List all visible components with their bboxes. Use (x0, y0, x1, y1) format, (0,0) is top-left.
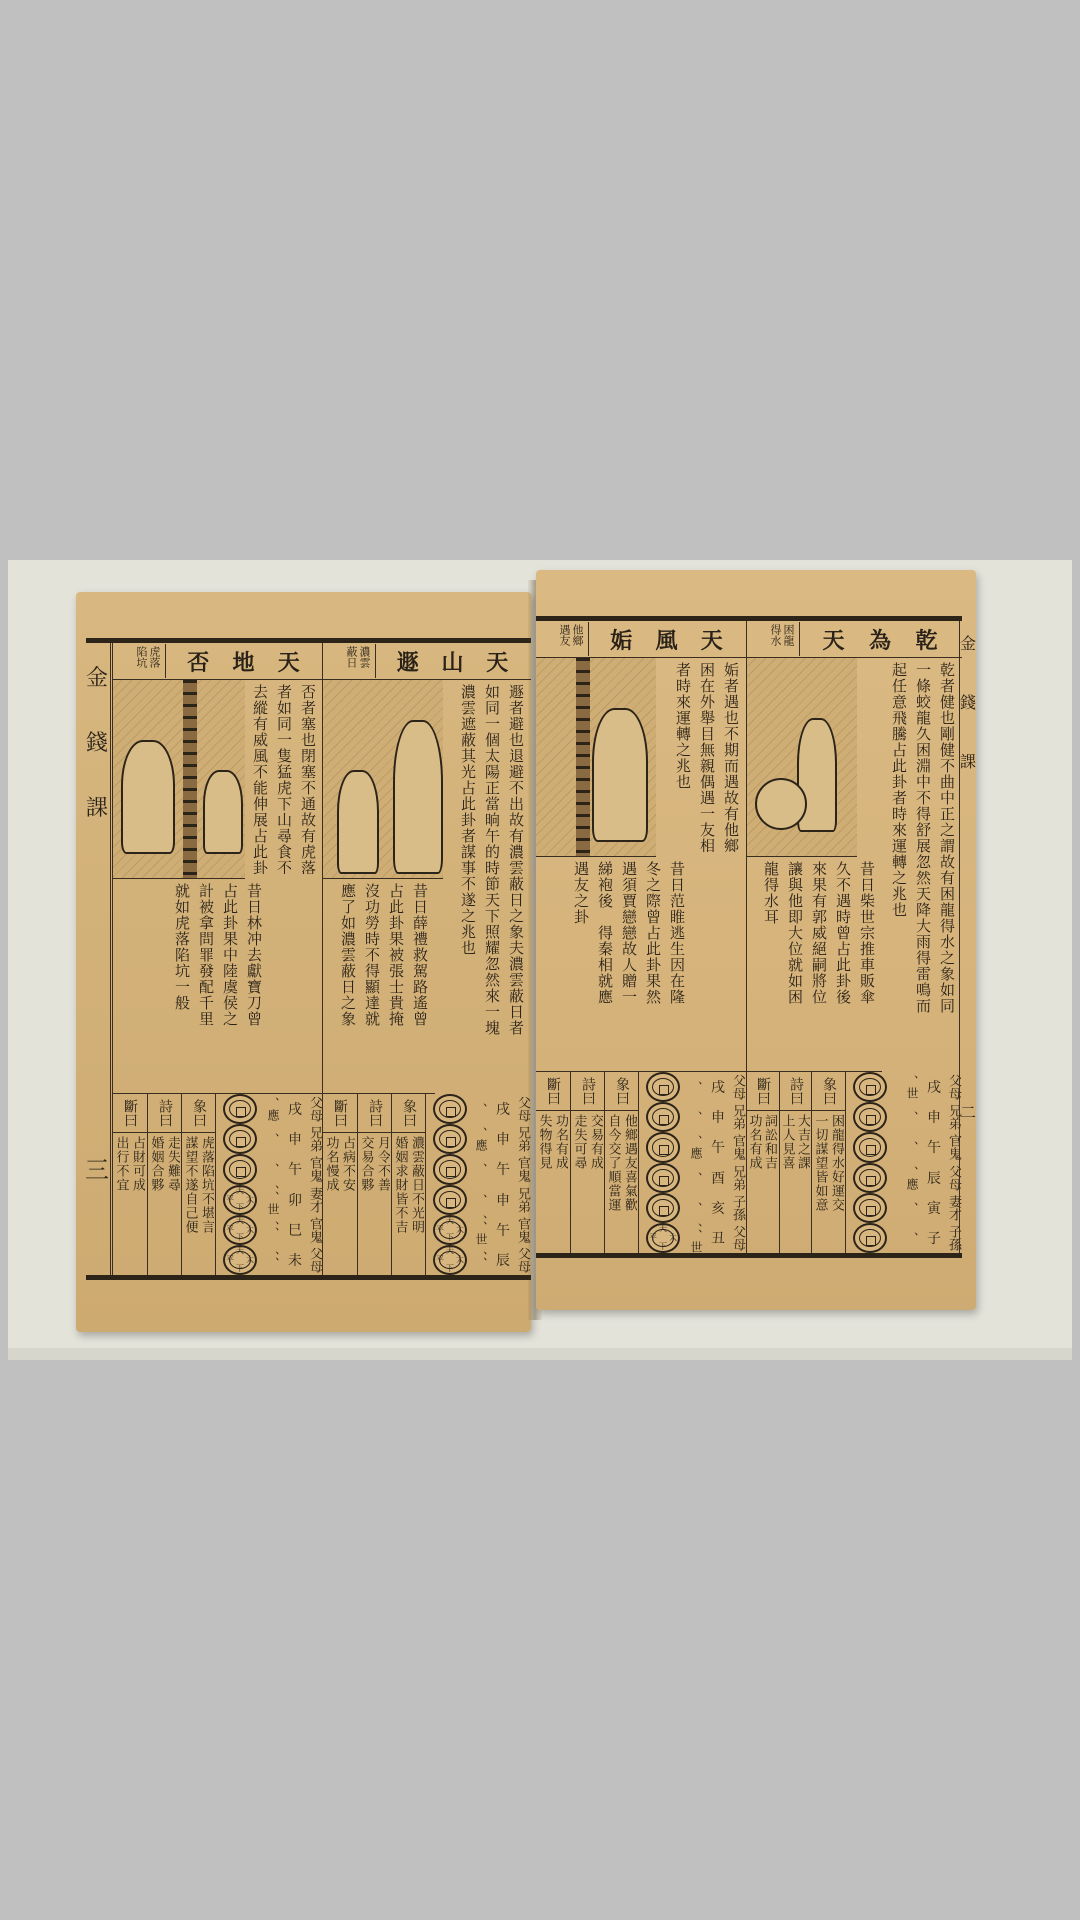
poem-label: 詩曰 (148, 1094, 182, 1133)
line-mark: 、 (265, 1163, 282, 1175)
relation: 父母 (731, 1225, 744, 1251)
branch: 午 (711, 1137, 725, 1157)
branch: 午 (496, 1220, 510, 1240)
coin-icon (646, 1102, 680, 1132)
poem-cell: 詩曰 走失難尋 婚姻合夥 (147, 1094, 182, 1275)
branch: 午 (927, 1137, 941, 1157)
text-column: 交易合夥 (360, 1136, 374, 1271)
line-row: 妻才寅、 (892, 1193, 960, 1223)
text-column: 大吉之課 (798, 1114, 811, 1249)
panel-subtitle: 困龍得水 (747, 622, 800, 656)
book-title-margin-right: 金 錢 課 二 (959, 621, 976, 1253)
line-row: 官鬼午、、世 (472, 1215, 529, 1245)
margin-char: 錢 (86, 726, 108, 757)
line-mark: 、應 (473, 1127, 490, 1151)
poem-cell: 詩曰 月令不善 交易合夥 (357, 1094, 392, 1275)
title-char: 地 (233, 646, 257, 677)
margin-char: 金 (86, 661, 108, 692)
figure-official (121, 740, 175, 854)
image-body: 虎落陷坑不堪言 謀望不遂自己便 (184, 1136, 214, 1271)
branch: 申 (496, 1190, 510, 1210)
line-row: 兄弟申、 (892, 1102, 960, 1132)
text-column: 月令不善 (377, 1136, 391, 1271)
woodcut-illustration (747, 658, 857, 857)
line-mark: 、、 (473, 1251, 490, 1269)
text-column: 否者塞也閉塞不通故有虎落陷坑之象夫虎落陷坑中 (299, 684, 317, 874)
text-column: 者時來運轉之兆也 (674, 662, 692, 852)
relation: 父母 (308, 1096, 321, 1122)
story-section: 昔日薛禮救駕路遙曾 占此卦果被張士貴掩 沒功勞時不得顯達就 應了如濃雲蔽日之象 (323, 879, 435, 1094)
poem-body: 大吉之課 上人見喜 (782, 1114, 810, 1249)
margin-char: 課 (960, 749, 976, 772)
line-row: 父母未、、 (262, 1245, 321, 1275)
image-body: 濃雲蔽日不光明 婚姻求財皆不吉 (394, 1136, 424, 1271)
branch: 巳 (288, 1220, 302, 1240)
inscribed-coin-icon: 天太下平 (223, 1215, 257, 1245)
panel-title-bar: 虎落陷坑 天 地 否 (113, 643, 323, 680)
text-column: 自今交了順當運 (607, 1114, 621, 1249)
panel-title: 天 風 姤 (589, 624, 746, 655)
poem-label: 詩曰 (571, 1072, 605, 1111)
line-mark: 、 (473, 1103, 490, 1115)
story-section: 昔日林冲去獻寶刀曾 占此卦果中陸虞侯之 計被拿問罪發配千里 就如虎落陷坑一般 (113, 879, 323, 1094)
woodcut-illustration (113, 680, 245, 879)
branch: 申 (711, 1107, 725, 1127)
coin-icon (433, 1154, 467, 1184)
text-column: 久不遇時曾占此卦後 (834, 861, 852, 1067)
divination-table: 斷曰 占財可成 出行不宜 詩曰 走失難尋 婚姻合夥 (113, 1094, 323, 1275)
coin-icon (853, 1072, 887, 1102)
text-column: 一切謀望皆如意 (814, 1114, 828, 1249)
branch: 未 (288, 1250, 302, 1270)
coin-icon (853, 1223, 887, 1253)
judgement-body: 功名有成 失物得見 (538, 1114, 568, 1249)
relation: 子孫 (731, 1195, 744, 1221)
poem-label: 詩曰 (780, 1072, 812, 1111)
coin-icon (433, 1185, 467, 1215)
inscribed-coin-icon: 天太下平 (433, 1245, 467, 1275)
relation: 官鬼 (308, 1217, 321, 1243)
line-labels: 父母戌、 兄弟申、應 官鬼午、 兄弟申、 官鬼午、、世 父母辰、、 (472, 1094, 529, 1275)
coin-icon (433, 1124, 467, 1154)
text-column: 走失難尋 (167, 1136, 181, 1271)
text-column: 應了如濃雲蔽日之象 (339, 883, 357, 1089)
image-label: 象曰 (392, 1094, 426, 1133)
title-char: 天 (278, 646, 302, 677)
text-column: 上人見喜 (782, 1114, 795, 1249)
panel-title: 乾 為 天 (800, 624, 962, 655)
text-column: 占此卦果中陸虞侯之 (221, 883, 239, 1089)
line-mark: 、 (904, 1141, 921, 1153)
right-page-frame: 他鄉遇友 天 風 姤 姤者遇也不期而遇故有他鄉遇友之象乃是一行人久 困在外舉 (536, 616, 962, 1258)
text-column: 走失可尋 (573, 1114, 587, 1249)
line-mark: 、應 (904, 1166, 921, 1190)
relation: 兄弟 (731, 1165, 744, 1191)
text-column: 詞訟和吉 (765, 1114, 778, 1249)
title-char: 遯 (397, 646, 421, 677)
line-row: 官鬼午、 (892, 1132, 960, 1162)
cart-wheel (755, 778, 807, 830)
text-column: 昔日柴世宗推車販傘 (858, 861, 876, 1067)
hexagram-panel-dun: 濃雲蔽日 天 山 遯 遯者避也退避不出故有濃雲蔽日之象夫濃雲蔽日者 如同一個 (322, 643, 531, 1275)
branch: 戌 (711, 1077, 725, 1097)
story-text: 昔日范睢逃生因在隆 冬之際曾占此卦果然 遇須賈戀戀故人贈一 綈袍後 得秦相就應 … (536, 857, 746, 1071)
text-column: 功名慢成 (325, 1136, 339, 1271)
coin-icon (646, 1072, 680, 1102)
panel-title-bar: 困龍得水 乾 為 天 (747, 621, 962, 658)
inscribed-coin-icon: 天太下平 (223, 1245, 257, 1275)
line-row: 父母戌、應 (262, 1094, 321, 1124)
text-column: 出行不宜 (115, 1136, 129, 1271)
text-column: 濃雲蔽日不光明 (411, 1136, 425, 1271)
poem-cell: 詩曰 交易有成 走失可尋 (570, 1072, 605, 1253)
coin-icon (646, 1132, 680, 1162)
judgement-label: 斷曰 (113, 1094, 147, 1133)
coin-column: 天太下平 (643, 1072, 683, 1253)
line-mark: 、 (688, 1172, 705, 1184)
relation: 兄弟 (308, 1126, 321, 1152)
figure-general (393, 720, 443, 874)
judgement-body: 占病不安 功名慢成 (325, 1136, 355, 1271)
relation: 官鬼 (308, 1156, 321, 1182)
coin-char: 天太下平 (225, 1247, 255, 1273)
branch: 午 (496, 1159, 510, 1179)
line-mark: 、、世 (688, 1223, 705, 1253)
book-title-margin: 金 錢 課 三 (84, 643, 111, 1275)
coin-char: 天太下平 (225, 1217, 255, 1243)
line-row: 官鬼巳、、 (262, 1215, 321, 1245)
margin-char: 錢 (960, 690, 976, 713)
text-column: 如同一個太陽正當晌午的時節天下照耀忽然來一塊 (483, 684, 501, 1086)
coin-char: 天太下平 (648, 1225, 678, 1251)
text-column: 困在外舉目無親偶遇一友相親相愛甚是得意占此卦 (698, 662, 716, 852)
relation: 父母 (731, 1074, 744, 1100)
text-column: 婚姻合夥 (150, 1136, 164, 1271)
right-page: 他鄉遇友 天 風 姤 姤者遇也不期而遇故有他鄉遇友之象乃是一行人久 困在外舉 (536, 570, 976, 1310)
relation: 官鬼 (731, 1134, 744, 1160)
line-mark: 、 (688, 1202, 705, 1214)
figure-servant (203, 770, 243, 854)
line-mark: 、、 (265, 1251, 282, 1269)
relation: 兄弟 (731, 1104, 744, 1130)
line-row: 兄弟申、 (472, 1185, 529, 1215)
page-number: 三 (85, 1150, 109, 1185)
panel-subtitle: 他鄉遇友 (536, 622, 589, 656)
divination-table: 斷曰 功名有成 失物得見 詩曰 交易有成 走失可尋 (536, 1072, 746, 1253)
poem-cell: 詩曰 大吉之課 上人見喜 (779, 1072, 812, 1253)
image-label: 象曰 (812, 1072, 846, 1111)
text-column: 遯者避也退避不出故有濃雲蔽日之象夫濃雲蔽日者 (507, 684, 525, 1086)
line-row: 父母戌、世 (892, 1072, 960, 1102)
text-column: 濃雲遮蔽其光占此卦者謀事不遂之兆也 (459, 684, 477, 1086)
left-page-frame: 金 錢 課 三 虎落陷坑 天 地 否 (86, 638, 531, 1280)
text-column: 乾者健也剛健不曲中正之謂故有困龍得水之象如同 (938, 662, 956, 1064)
poem-body: 月令不善 交易合夥 (360, 1136, 390, 1271)
line-mark: 、 (904, 1232, 921, 1244)
story-text: 昔日林冲去獻寶刀曾 占此卦果中陸虞侯之 計被拿問罪發配千里 就如虎落陷坑一般 (113, 879, 323, 1093)
text-column: 去縱有威風不能伸展占此卦者凶多吉少之兆也 (251, 684, 269, 874)
branch: 申 (288, 1129, 302, 1149)
relation: 妻才 (308, 1187, 321, 1213)
divination-table: 斷曰 詞訟和吉 功名有成 詩曰 大吉之課 上人見喜 (747, 1072, 962, 1253)
image-body: 他鄉遇友喜氣歡 自今交了順當運 (607, 1114, 637, 1249)
coin-lines-cell: 天太下平 父母戌、 兄弟申、 官鬼午、應 兄弟酉、 子孫亥、 父母丑、、世 (638, 1072, 746, 1253)
title-char: 姤 (610, 624, 634, 655)
coin-icon (646, 1193, 680, 1223)
line-mark: 、 (688, 1111, 705, 1123)
margin-char: 金 (960, 631, 976, 654)
judgement-cell: 斷曰 詞訟和吉 功名有成 (747, 1072, 779, 1253)
branch: 戌 (496, 1099, 510, 1119)
inscribed-coin-icon: 天太下平 (433, 1215, 467, 1245)
line-mark: 、、世 (473, 1215, 490, 1245)
poem-body: 走失難尋 婚姻合夥 (150, 1136, 180, 1271)
text-column: 占病不安 (342, 1136, 356, 1271)
margin-char: 課 (86, 791, 108, 822)
judgement-label: 斷曰 (536, 1072, 570, 1111)
panel-subtitle: 虎落陷坑 (113, 644, 166, 678)
line-row: 官鬼午、 (472, 1154, 529, 1184)
line-row: 父母戌、 (685, 1072, 744, 1102)
branch: 辰 (496, 1250, 510, 1270)
text-column: 就如虎落陷坑一般 (173, 883, 191, 1089)
panel-title: 天 地 否 (166, 646, 323, 677)
poem-label: 詩曰 (358, 1094, 392, 1133)
line-row: 父母戌、 (472, 1094, 529, 1124)
branch: 午 (288, 1159, 302, 1179)
main-text: 否者塞也閉塞不通故有虎落陷坑之象夫虎落陷坑中 者如同一隻猛虎下山尋食不料被人掘下… (245, 680, 323, 878)
text-column: 失物得見 (538, 1114, 552, 1249)
line-mark: 、應 (688, 1135, 705, 1159)
relation: 父母 (308, 1247, 321, 1273)
line-row: 子孫子、 (892, 1223, 960, 1253)
branch: 卯 (288, 1190, 302, 1210)
coin-icon (853, 1132, 887, 1162)
poem-body: 交易有成 走失可尋 (573, 1114, 603, 1249)
line-row: 父母辰、、 (472, 1245, 529, 1275)
line-row: 兄弟酉、 (685, 1163, 744, 1193)
line-mark: 、、世 (265, 1185, 282, 1215)
panel-title-bar: 濃雲蔽日 天 山 遯 (323, 643, 531, 680)
line-row: 妻才卯、、世 (262, 1185, 321, 1215)
line-row: 兄弟申、 (685, 1102, 744, 1132)
text-column: 冬之際曾占此卦果然 (644, 861, 662, 1067)
judgement-cell: 斷曰 功名有成 失物得見 (536, 1072, 570, 1253)
text-column: 讓與他即大位就如困 (786, 861, 804, 1067)
text-column: 謀望不遂自己便 (184, 1136, 198, 1271)
line-row: 兄弟申、應 (472, 1124, 529, 1154)
text-column: 者如同一隻猛虎下山尋食不料被人掘下陷坑雖虎下 (275, 684, 293, 874)
text-column: 功名有成 (555, 1114, 569, 1249)
line-mark: 、應 (265, 1097, 282, 1121)
figure-child (337, 770, 379, 874)
coin-icon (223, 1124, 257, 1154)
line-mark: 、 (904, 1202, 921, 1214)
divination-table: 斷曰 占病不安 功名慢成 詩曰 月令不善 交易合夥 (323, 1094, 531, 1275)
coin-char: 天太下平 (225, 1187, 255, 1213)
branch: 亥 (711, 1198, 725, 1218)
coin-icon (853, 1163, 887, 1193)
panel-subtitle: 濃雲蔽日 (323, 644, 376, 678)
image-cell: 象曰 濃雲蔽日不光明 婚姻求財皆不吉 (391, 1094, 426, 1275)
image-cell: 象曰 困龍得水好運交 一切謀望皆如意 (811, 1072, 846, 1253)
judgement-label: 斷曰 (323, 1094, 357, 1133)
title-char: 天 (486, 646, 510, 677)
branch: 子 (927, 1228, 941, 1248)
coin-column: 天太下平 天太下平 天太下平 (220, 1094, 260, 1275)
title-char: 風 (656, 624, 680, 655)
text-column: 他鄉遇友喜氣歡 (624, 1114, 638, 1249)
title-char: 否 (187, 646, 211, 677)
line-labels: 父母戌、世 兄弟申、 官鬼午、 父母辰、應 妻才寅、 子孫子、 (892, 1072, 960, 1253)
text-column: 占此卦果被張士貴掩 (387, 883, 405, 1089)
text-column: 昔日林冲去獻寶刀曾 (245, 883, 263, 1089)
panel-title-bar: 他鄉遇友 天 風 姤 (536, 621, 746, 658)
image-cell: 象曰 虎落陷坑不堪言 謀望不遂自己便 (181, 1094, 216, 1275)
line-mark: 、、 (265, 1221, 282, 1239)
line-mark: 、 (904, 1111, 921, 1123)
coin-lines-cell: 天太下平 天太下平 父母戌、 兄弟申、應 官鬼午、 兄弟申、 官鬼午、、世 父母… (425, 1094, 531, 1275)
line-mark: 、世 (904, 1075, 921, 1099)
line-row: 子孫亥、 (685, 1193, 744, 1223)
text-column: 虎落陷坑不堪言 (201, 1136, 215, 1271)
left-page: 金 錢 課 三 虎落陷坑 天 地 否 (76, 592, 531, 1332)
judgement-cell: 斷曰 占病不安 功名慢成 (323, 1094, 357, 1275)
coin-icon (433, 1094, 467, 1124)
coin-icon (646, 1163, 680, 1193)
story-text: 昔日柴世宗推車販傘 久不遇時曾占此卦後 來果有郭威絕嗣將位 讓與他即大位就如困 … (747, 857, 882, 1071)
hexagram-panel-pi: 虎落陷坑 天 地 否 否者塞也閉塞不通故有虎落陷坑之象夫虎落陷坑中 (112, 643, 323, 1275)
coin-lines-cell: 天太下平 天太下平 天太下平 父母戌、應 兄弟申、 官鬼午、 妻才卯、、世 官鬼… (215, 1094, 323, 1275)
coin-column (850, 1072, 890, 1253)
line-row: 官鬼午、應 (685, 1132, 744, 1162)
judgement-body: 詞訟和吉 功名有成 (749, 1114, 777, 1249)
text-column: 遇須賈戀戀故人贈一 (620, 861, 638, 1067)
line-mark: 、 (473, 1194, 490, 1206)
inscribed-coin-icon: 天太下平 (223, 1185, 257, 1215)
hexagram-panel-qian: 困龍得水 乾 為 天 乾者健也剛健不曲中正之謂故有困龍得水之象如同 一條蛟龍 (746, 621, 962, 1253)
title-char: 天 (823, 624, 847, 655)
text-column: 昔日范睢逃生因在隆 (668, 861, 686, 1067)
text-column: 功名有成 (749, 1114, 762, 1249)
main-text: 遯者避也退避不出故有濃雲蔽日之象夫濃雲蔽日者 如同一個太陽正當晌午的時節天下照耀… (443, 680, 531, 1090)
title-char: 乾 (916, 624, 940, 655)
text-column: 昔日薛禮救駕路遙曾 (411, 883, 429, 1089)
story-text: 昔日薛禮救駕路遙曾 占此卦果被張士貴掩 沒功勞時不得顯達就 應了如濃雲蔽日之象 (323, 879, 435, 1093)
line-row: 父母辰、應 (892, 1163, 960, 1193)
coin-icon (223, 1154, 257, 1184)
branch: 寅 (927, 1198, 941, 1218)
text-column: 來果有郭威絕嗣將位 (810, 861, 828, 1067)
coin-char: 天太下平 (435, 1247, 465, 1273)
hexagram-panel-gou: 他鄉遇友 天 風 姤 姤者遇也不期而遇故有他鄉遇友之象乃是一行人久 困在外舉 (536, 621, 746, 1253)
photograph: 金 錢 課 三 虎落陷坑 天 地 否 (8, 560, 1072, 1360)
line-row: 父母丑、、世 (685, 1223, 744, 1253)
pillar (183, 680, 197, 878)
page-number: 二 (960, 1100, 976, 1123)
line-mark: 、 (265, 1133, 282, 1145)
line-row: 兄弟申、 (262, 1124, 321, 1154)
figure-seated-lord (592, 708, 648, 842)
image-label: 象曰 (605, 1072, 639, 1111)
image-label: 象曰 (182, 1094, 216, 1133)
panel-title: 天 山 遯 (376, 646, 531, 677)
title-char: 為 (869, 624, 893, 655)
branch: 辰 (927, 1168, 941, 1188)
title-char: 天 (701, 624, 725, 655)
text-column: 龍得水耳 (762, 861, 780, 1067)
line-labels: 父母戌、 兄弟申、 官鬼午、應 兄弟酉、 子孫亥、 父母丑、、世 (685, 1072, 744, 1253)
branch: 酉 (711, 1168, 725, 1188)
text-column: 婚姻求財皆不吉 (394, 1136, 408, 1271)
main-text: 姤者遇也不期而遇故有他鄉遇友之象乃是一行人久 困在外舉目無親偶遇一友相親相愛甚是… (656, 658, 746, 856)
text-column: 計被拿問罪發配千里 (197, 883, 215, 1089)
woodcut-illustration (323, 680, 443, 879)
text-column: 困龍得水好運交 (831, 1114, 845, 1249)
story-section: 昔日柴世宗推車販傘 久不遇時曾占此卦後 來果有郭威絕嗣將位 讓與他即大位就如困 … (747, 857, 882, 1072)
branch: 申 (496, 1129, 510, 1149)
line-labels: 父母戌、應 兄弟申、 官鬼午、 妻才卯、、世 官鬼巳、、 父母未、、 (262, 1094, 321, 1275)
coin-column: 天太下平 天太下平 (430, 1094, 470, 1275)
coin-icon (853, 1193, 887, 1223)
image-body: 困龍得水好運交 一切謀望皆如意 (814, 1114, 844, 1249)
text-column: 遇友之卦 (572, 861, 590, 1067)
text-column: 交易有成 (590, 1114, 604, 1249)
line-mark: 、 (688, 1081, 705, 1093)
text-column: 占財可成 (132, 1136, 146, 1271)
story-section: 昔日范睢逃生因在隆 冬之際曾占此卦果然 遇須賈戀戀故人贈一 綈袍後 得秦相就應 … (536, 857, 746, 1072)
branch: 申 (927, 1107, 941, 1127)
judgement-cell: 斷曰 占財可成 出行不宜 (113, 1094, 147, 1275)
coin-icon (853, 1102, 887, 1132)
title-char: 山 (442, 646, 466, 677)
woodcut-illustration (536, 658, 656, 857)
text-column: 起任意飛騰占此卦者時來運轉之兆也 (890, 662, 908, 1064)
coin-lines-cell: 父母戌、世 兄弟申、 官鬼午、 父母辰、應 妻才寅、 子孫子、 (845, 1072, 962, 1253)
branch: 戌 (927, 1077, 941, 1097)
line-mark: 、 (473, 1163, 490, 1175)
judgement-body: 占財可成 出行不宜 (115, 1136, 145, 1271)
text-column: 姤者遇也不期而遇故有他鄉遇友之象乃是一行人久 (722, 662, 740, 852)
line-row: 官鬼午、 (262, 1154, 321, 1184)
judgement-label: 斷曰 (747, 1072, 779, 1111)
pillar (576, 658, 590, 856)
coin-icon (223, 1094, 257, 1124)
text-column: 綈袍後 得秦相就應 (596, 861, 614, 1067)
text-column: 一條蛟龍久困淵中不得舒展忽然天降大雨得雷鳴而 (914, 662, 932, 1064)
text-column: 沒功勞時不得顯達就 (363, 883, 381, 1089)
image-cell: 象曰 他鄉遇友喜氣歡 自今交了順當運 (604, 1072, 639, 1253)
branch: 戌 (288, 1099, 302, 1119)
open-book: 金 錢 課 三 虎落陷坑 天 地 否 (76, 570, 981, 1340)
coin-char: 天太下平 (435, 1217, 465, 1243)
branch: 丑 (711, 1228, 725, 1248)
inscribed-coin-icon: 天太下平 (646, 1223, 680, 1253)
